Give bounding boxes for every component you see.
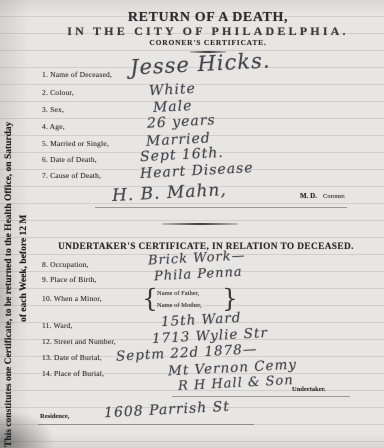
undertaker-signature-rule bbox=[172, 396, 350, 397]
field-label-mother-name: Name of Mother, bbox=[157, 302, 202, 309]
field-label-age: 4. Age, bbox=[42, 122, 65, 131]
document-city-line: IN THE CITY OF PHILADELPHIA. bbox=[34, 24, 382, 39]
coroner-certificate-heading: CORONER'S CERTIFICATE. bbox=[40, 38, 376, 47]
coroner-signature-md-label: M. D. bbox=[300, 192, 317, 200]
field-label-death-cause: 7. Cause of Death, bbox=[42, 171, 101, 180]
brace-right-icon: } bbox=[222, 284, 238, 313]
margin-note-line2: of each Week, before 12 M bbox=[19, 215, 29, 322]
coroner-signature: H. B. Mahn, bbox=[112, 180, 228, 206]
coroner-signature-role-label: Coroner. bbox=[323, 193, 346, 200]
residence-label: Residence, bbox=[40, 413, 69, 420]
field-value-age: 26 years bbox=[147, 112, 216, 132]
field-label-sex: 3. Sex, bbox=[42, 105, 64, 114]
field-label-burial-date: 13. Date of Burial, bbox=[42, 353, 102, 362]
field-label-street-number: 12. Street and Number, bbox=[42, 337, 116, 346]
field-label-occupation: 8. Occupation, bbox=[42, 260, 89, 269]
residence-rule bbox=[38, 424, 254, 425]
field-label-married: 5. Married or Single, bbox=[42, 139, 109, 148]
field-label-when-minor: 10. When a Minor, bbox=[42, 294, 102, 303]
coroner-signature-rule bbox=[95, 207, 347, 208]
field-label-burial-place: 14. Place of Burial, bbox=[42, 369, 104, 378]
death-certificate-document: This constitutes one Certificate, to be … bbox=[0, 0, 384, 448]
margin-note-line1: This constitutes one Certificate, to be … bbox=[4, 122, 14, 447]
undertaker-role-label: Undertaker. bbox=[292, 386, 326, 393]
field-value-birthplace: Phila Penna bbox=[154, 265, 243, 285]
section-divider-rule bbox=[162, 223, 238, 225]
field-value-colour: White bbox=[149, 81, 197, 99]
field-label-death-date: 6. Date of Death, bbox=[42, 155, 97, 164]
field-label-birthplace: 9. Place of Birth, bbox=[42, 275, 97, 284]
field-label-name: 1. Name of Deceased, bbox=[42, 70, 112, 79]
field-label-ward: 11. Ward, bbox=[42, 321, 73, 330]
field-label-colour: 2. Colour, bbox=[42, 88, 74, 97]
brace-left-icon: { bbox=[142, 284, 158, 313]
field-label-father-name: Name of Father, bbox=[157, 290, 199, 297]
residence-value: 1608 Parrish St bbox=[104, 399, 231, 422]
field-value-name: Jesse Hicks. bbox=[129, 48, 271, 79]
